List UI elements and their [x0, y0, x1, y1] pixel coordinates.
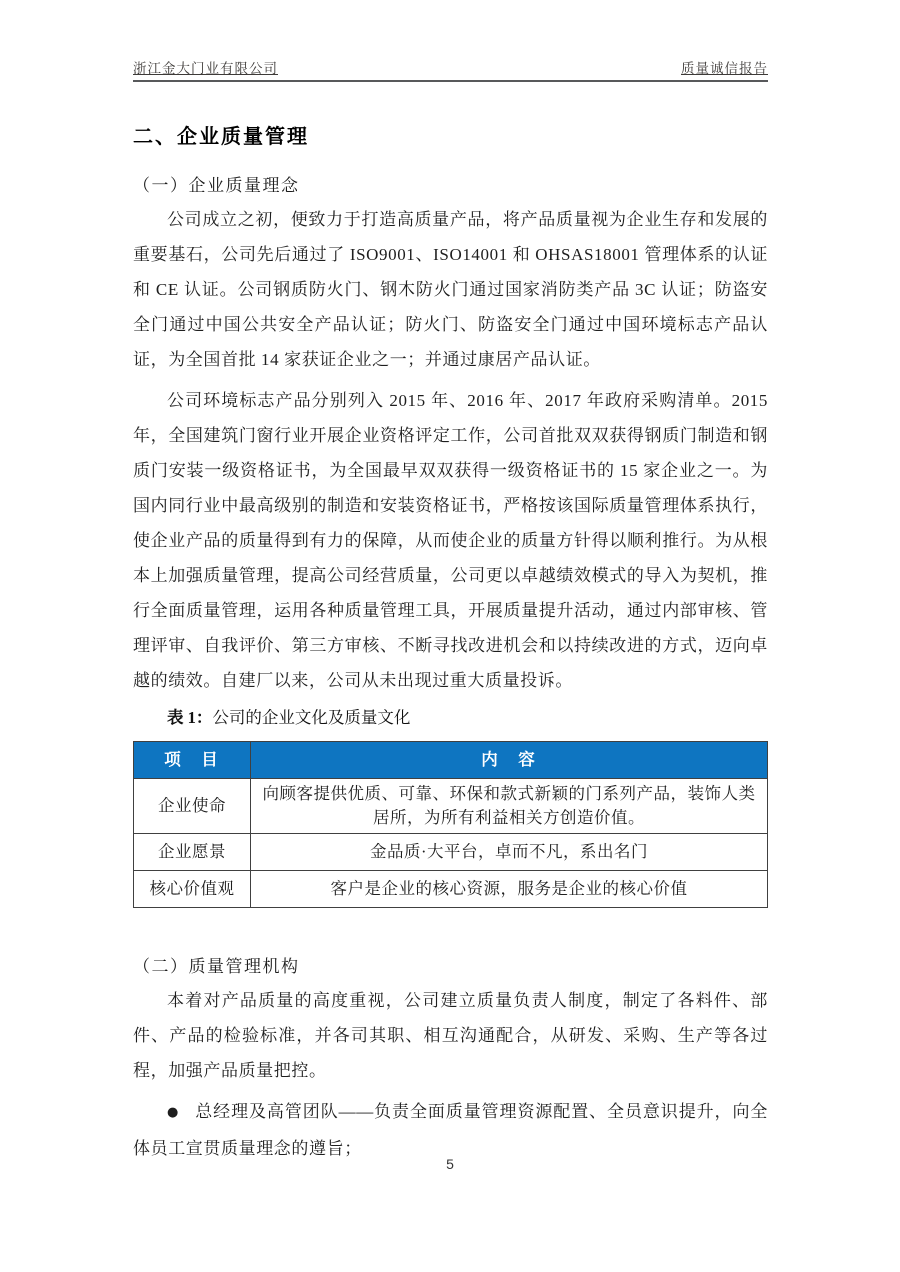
spacer [133, 908, 768, 930]
culture-table: 项 目 内 容 企业使命 向顾客提供优质、可靠、环保和款式新颖的门系列产品，装饰… [133, 741, 768, 908]
table-row: 核心价值观 客户是企业的核心资源，服务是企业的核心价值 [134, 871, 768, 908]
page-header: 浙江金大门业有限公司 质量诚信报告 [133, 57, 768, 82]
bullet-item-text: 总经理及高管团队——负责全面质量管理资源配置、全员意识提升，向全体员工宣贯质量理… [133, 1102, 768, 1158]
section-1-heading: （一）企业质量理念 [133, 171, 768, 196]
table-1-caption-label: 表 1： [167, 708, 212, 727]
table-row: 企业使命 向顾客提供优质、可靠、环保和款式新颖的门系列产品，装饰人类居所，为所有… [134, 779, 768, 834]
bullet-icon: ● [167, 1105, 179, 1120]
row-label-values: 核心价值观 [134, 871, 251, 908]
section-2-heading: （二）质量管理机构 [133, 952, 768, 977]
row-content-vision: 金品质·大平台，卓而不凡，系出名门 [251, 834, 768, 871]
section-2-paragraph-1: 本着对产品质量的高度重视，公司建立质量负责人制度，制定了各料件、部件、产品的检验… [133, 983, 768, 1088]
section-1-paragraph-2: 公司环境标志产品分别列入 2015 年、2016 年、2017 年政府采购清单。… [133, 383, 768, 698]
table-header-item: 项 目 [134, 742, 251, 779]
row-label-mission: 企业使命 [134, 779, 251, 834]
table-1-caption: 表 1：公司的企业文化及质量文化 [133, 703, 768, 733]
table-header-content: 内 容 [251, 742, 768, 779]
row-content-values: 客户是企业的核心资源，服务是企业的核心价值 [251, 871, 768, 908]
section-1-paragraph-1: 公司成立之初，便致力于打造高质量产品，将产品质量视为企业生存和发展的重要基石，公… [133, 202, 768, 377]
table-row: 企业愿景 金品质·大平台，卓而不凡，系出名门 [134, 834, 768, 871]
document-page: 浙江金大门业有限公司 质量诚信报告 二、企业质量管理 （一）企业质量理念 公司成… [0, 0, 900, 1272]
row-content-mission: 向顾客提供优质、可靠、环保和款式新颖的门系列产品，装饰人类居所，为所有利益相关方… [251, 779, 768, 834]
page-number: 5 [0, 1156, 900, 1172]
row-label-vision: 企业愿景 [134, 834, 251, 871]
header-company-name: 浙江金大门业有限公司 [133, 57, 278, 77]
table-header-row: 项 目 内 容 [134, 742, 768, 779]
header-report-title: 质量诚信报告 [681, 57, 768, 77]
table-1-caption-text: 公司的企业文化及质量文化 [212, 708, 410, 727]
chapter-title: 二、企业质量管理 [133, 120, 768, 149]
